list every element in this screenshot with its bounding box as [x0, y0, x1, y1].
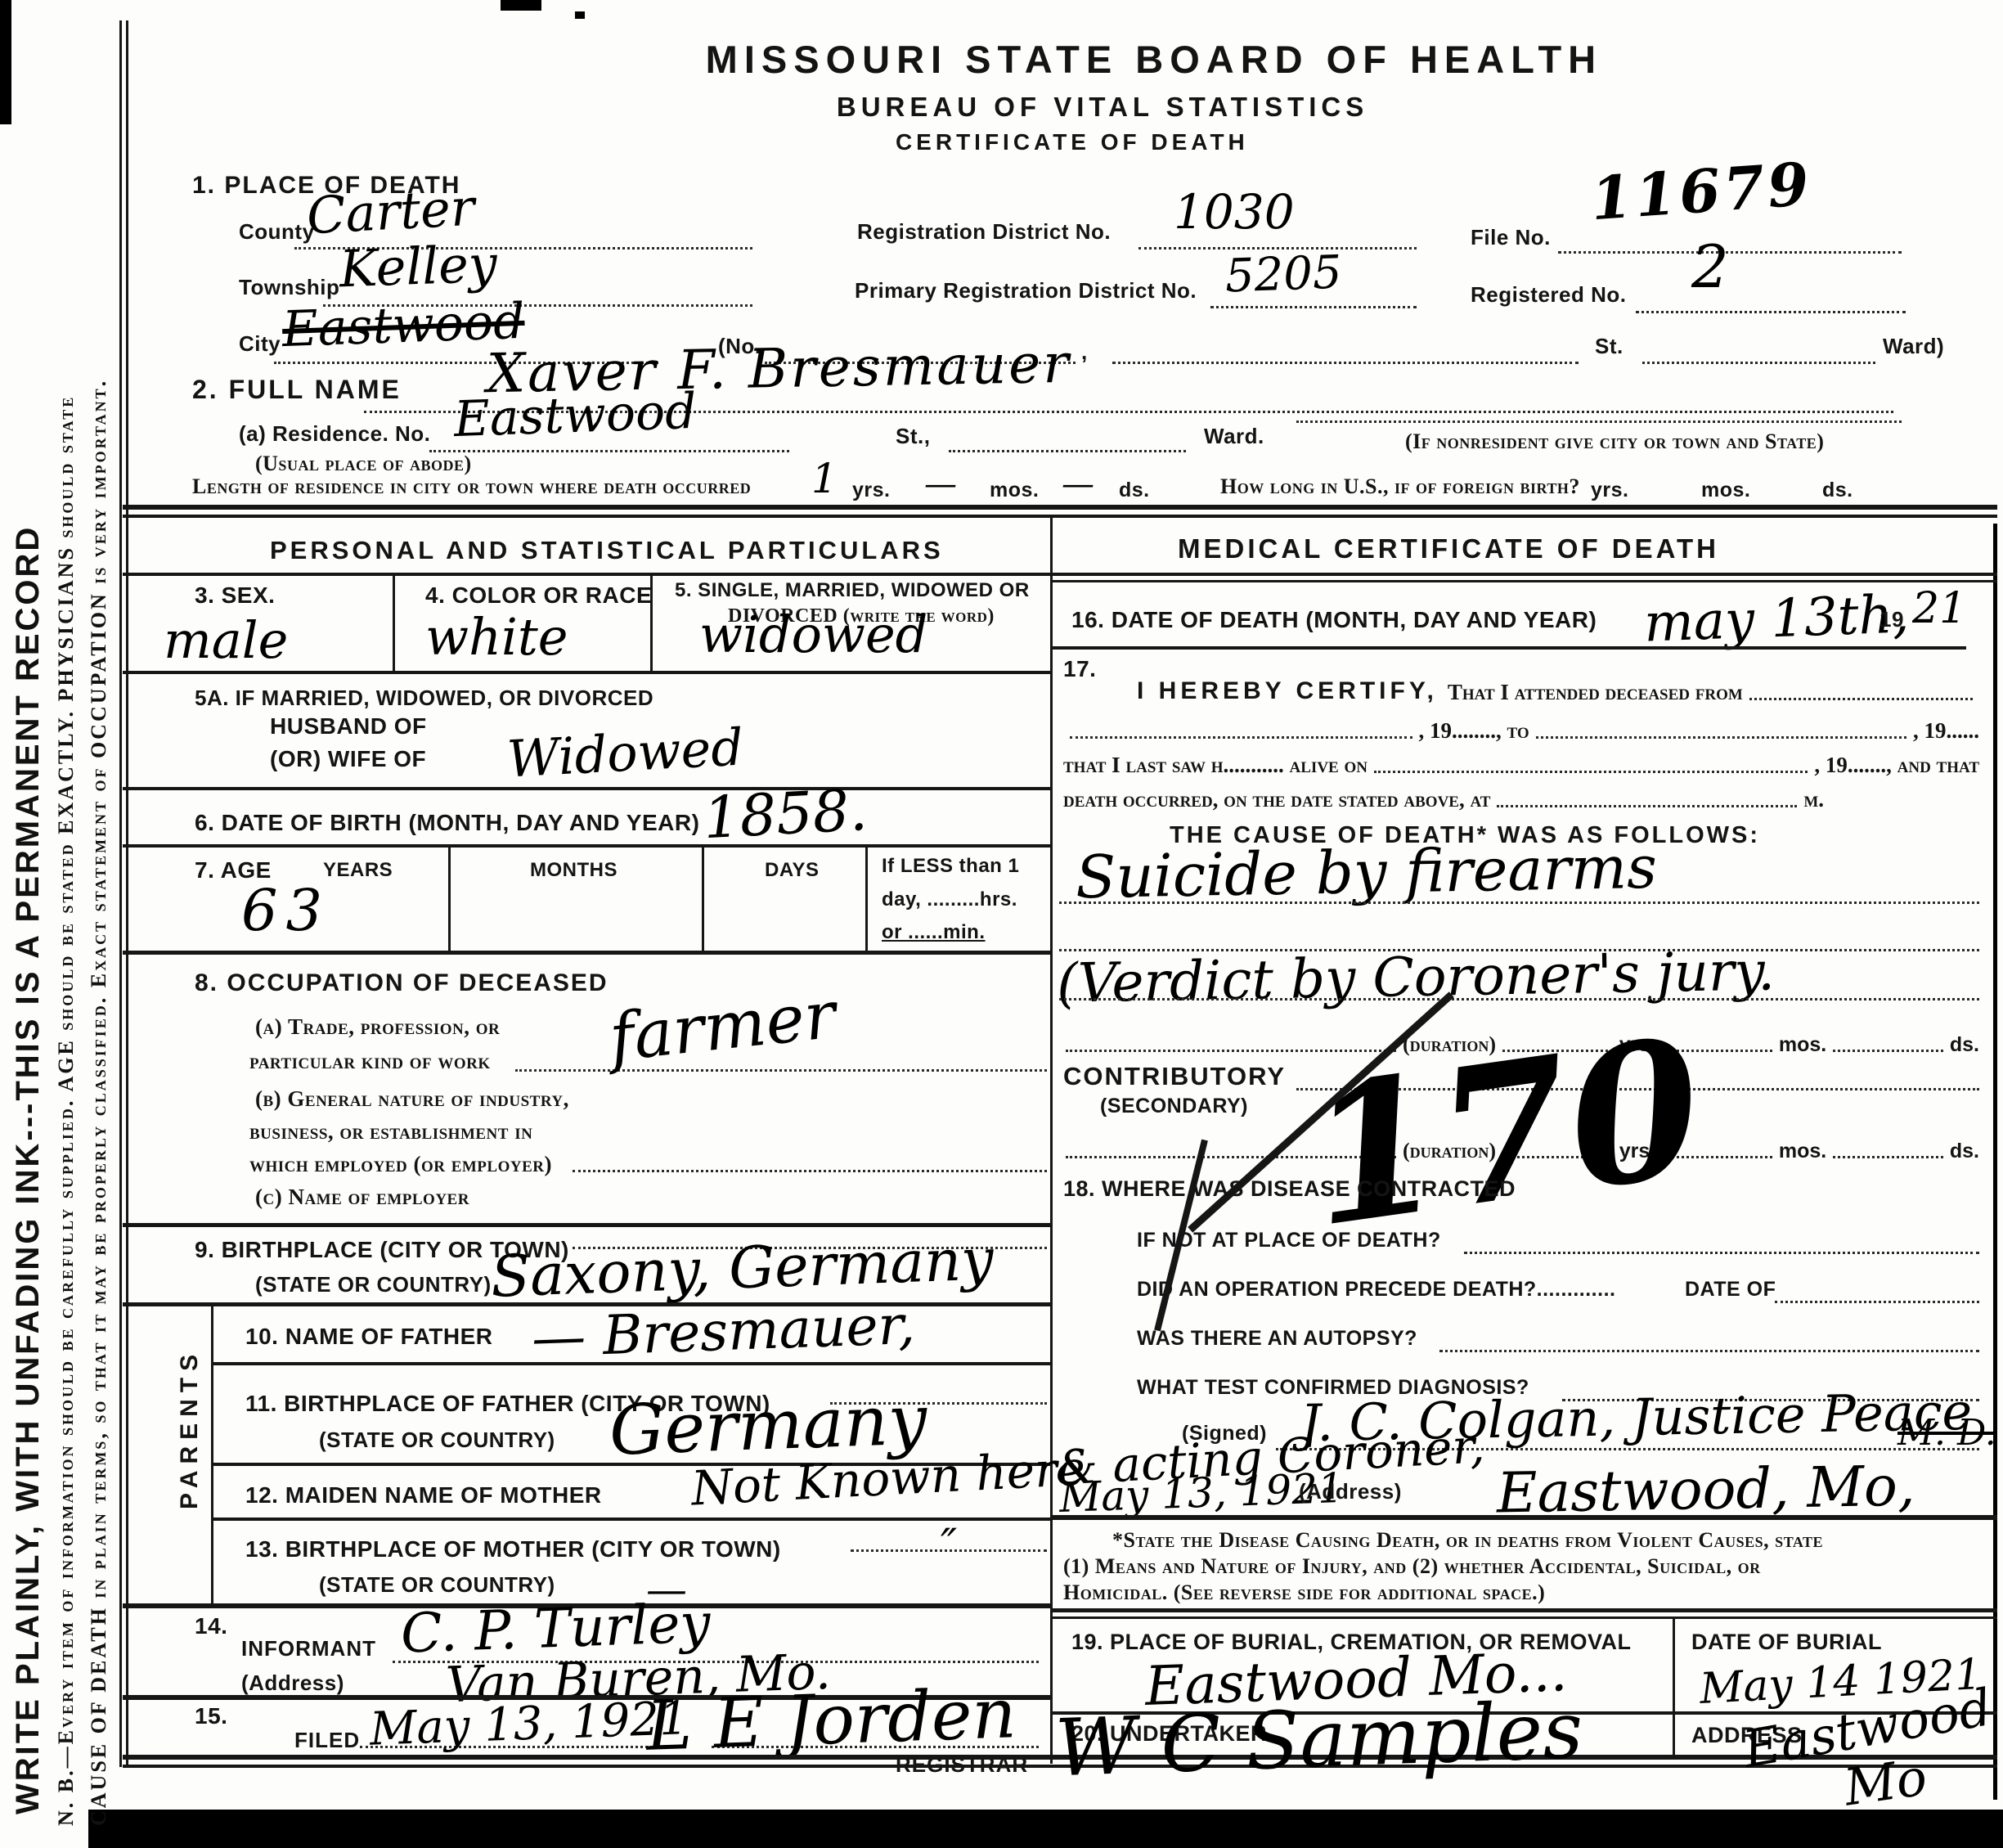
scan-mark-top-left — [0, 0, 11, 124]
length-yrs-value: 1 — [811, 458, 838, 499]
marital-value: widowed — [699, 609, 927, 660]
age-row-rule — [123, 951, 1050, 955]
operation-label: DID AN OPERATION PRECEDE DEATH?.........… — [1137, 1278, 1615, 1302]
burial-top-rule-2 — [1050, 1616, 1997, 1619]
certify-death-occurred: death occurred, on the date stated above… — [1063, 787, 1490, 812]
residence-value: Eastwood — [453, 387, 697, 444]
top-section-rule-2 — [123, 515, 1997, 518]
personal-header-rule — [123, 573, 1050, 576]
age-divider-1 — [448, 844, 451, 951]
sex-value: male — [164, 615, 288, 666]
occupation-a-label-2: particular kind of work — [249, 1049, 491, 1074]
father-birthplace-state-label: (STATE OR COUNTRY) — [319, 1428, 555, 1453]
personal-section-header: PERSONAL AND STATISTICAL PARTICULARS — [270, 536, 944, 565]
full-name-label: 2. FULL NAME — [192, 375, 402, 405]
duration-2-mos: mos. — [1779, 1140, 1826, 1163]
ward-line — [1642, 360, 1875, 364]
autopsy-label: WAS THERE AN AUTOPSY? — [1137, 1327, 1417, 1351]
certify-19-b: , 19...... — [1913, 718, 1979, 744]
township-label: Township — [239, 275, 339, 300]
signed-address-label: (Address) — [1299, 1479, 1402, 1504]
undertaker-address-value-2: Mo — [1841, 1751, 1929, 1813]
married-row-rule — [123, 787, 1050, 790]
us-mos-label: mos. — [1701, 479, 1750, 502]
color-label: 4. COLOR OR RACE — [425, 582, 652, 609]
residence-label: (a) Residence. No. — [239, 421, 430, 447]
nonresident-line — [1296, 419, 1902, 423]
filed-label: FILED — [294, 1728, 360, 1753]
married-widowed-value: Widowed — [506, 722, 745, 785]
occupation-label: 8. OCCUPATION OF DECEASED — [195, 969, 609, 997]
father-rule — [211, 1362, 1050, 1365]
residence-st-label: St., — [896, 424, 930, 449]
mother-rule — [211, 1518, 1050, 1521]
married-widowed-label: 5A. IF MARRIED, WIDOWED, OR DIVORCED — [195, 686, 653, 711]
filed-value: May 13, 1921 — [369, 1696, 689, 1753]
age-divider-2 — [702, 844, 704, 951]
certify-line-3-dots — [1374, 769, 1808, 773]
primary-registration-value: 5205 — [1224, 250, 1342, 300]
age-less-label-1: If LESS than 1 — [882, 855, 1019, 878]
husband-of-label: HUSBAND OF — [270, 713, 427, 740]
scan-mark-top — [501, 0, 541, 11]
occupation-b-label-2: business, or establishment in — [249, 1119, 532, 1144]
father-name-value: — Bresmauer, — [531, 1298, 916, 1365]
document-type: CERTIFICATE OF DEATH — [896, 129, 1249, 155]
medical-header-rule-2 — [1050, 580, 1997, 582]
age-years-label: YEARS — [323, 859, 393, 882]
date-of-death-rule — [1050, 646, 1966, 650]
dob-label: 6. DATE OF BIRTH (MONTH, DAY AND YEAR) — [195, 810, 699, 836]
medical-section-header: MEDICAL CERTIFICATE OF DEATH — [1178, 533, 1719, 564]
certify-m: m. — [1803, 787, 1824, 812]
mother-birthplace-state-label: (STATE OR COUNTRY) — [319, 1572, 555, 1598]
duration-1-mos: mos. — [1779, 1033, 1826, 1057]
column-divider — [1050, 518, 1053, 1764]
sex-row-rule — [123, 671, 1050, 674]
length-mos-value: — — [924, 468, 957, 501]
us-yrs-label: yrs. — [1591, 479, 1628, 502]
age-less-label-3: or ......min. — [882, 921, 986, 944]
parents-label: PARENTS — [176, 1348, 204, 1509]
registration-district-label: Registration District No. — [857, 219, 1111, 245]
length-ds-value: — — [1062, 468, 1094, 501]
signed-address-value: Eastwood, Mo, — [1496, 1459, 1915, 1522]
certify-line-4: death occurred, on the date stated above… — [1063, 787, 1824, 812]
signed-rule — [1050, 1515, 1997, 1520]
certify-line-3: that I last saw h........... alive on , … — [1063, 753, 1979, 778]
margin-instruction-cause: CAUSE OF DEATH in plain terms, so that i… — [87, 379, 111, 1826]
certify-line-4-dots — [1497, 803, 1797, 807]
occupation-a-line — [515, 1068, 1047, 1072]
color-value: white — [425, 612, 568, 663]
occupation-c-label: (c) Name of employer — [255, 1185, 469, 1210]
mother-birthplace-label: 13. BIRTHPLACE OF MOTHER (CITY OR TOWN) — [245, 1536, 781, 1562]
parents-inner-divider — [211, 1302, 213, 1603]
dob-row-rule — [123, 844, 1050, 848]
certify-line-1: I HEREBY CERTIFY, That I attended deceas… — [1137, 677, 1979, 705]
file-no-line — [1558, 250, 1902, 254]
county-value: Carter — [306, 182, 476, 242]
registered-no-value: 2 — [1691, 237, 1729, 296]
where-disease-label: 18. WHERE WAS DISEASE CONTRACTED — [1063, 1176, 1516, 1202]
registrar-signature: L E Jorden — [645, 1679, 1017, 1760]
ink-scrawl-number: 170 — [1297, 1013, 1712, 1254]
certify-19-to: , 19........, to — [1419, 718, 1529, 744]
age-months-label: MONTHS — [530, 859, 618, 882]
birthplace-state-label: (STATE OR COUNTRY) — [255, 1272, 492, 1297]
certify-line-1-dots — [1749, 696, 1973, 700]
if-not-place-label: IF NOT AT PLACE OF DEATH? — [1137, 1229, 1441, 1252]
occupation-rule — [123, 1223, 1050, 1227]
burial-date-label: DATE OF BURIAL — [1691, 1630, 1882, 1655]
sex-label: 3. SEX. — [195, 582, 275, 609]
form-border-left-outer — [119, 20, 122, 1767]
margin-instruction-nb: N. B.—Every item of information should b… — [54, 395, 79, 1826]
occupation-b-label-3: which employed (or employer) — [249, 1152, 552, 1177]
length-mos-label: mos. — [990, 479, 1039, 502]
date-of-death-year-hw: 21 — [1912, 587, 1966, 630]
certify-no: 17. — [1063, 656, 1096, 682]
informant-no: 14. — [195, 1613, 227, 1639]
abode-label: (Usual place of abode) — [255, 452, 472, 476]
form-border-left-inner — [126, 20, 128, 1767]
marital-label-1: 5. SINGLE, MARRIED, WIDOWED OR — [675, 579, 1030, 602]
certify-line-2-dots-b — [1536, 735, 1906, 739]
operation-date-line — [1775, 1299, 1979, 1303]
file-no-label: File No. — [1471, 225, 1551, 250]
top-section-rule-1 — [123, 505, 1997, 510]
if-not-place-line — [1464, 1250, 1979, 1254]
informant-label: INFORMANT — [241, 1636, 376, 1661]
duration-1-ds: ds. — [1950, 1033, 1979, 1057]
length-residence-label: Length of residence in city or town wher… — [192, 474, 751, 499]
township-value: Kelley — [339, 239, 498, 295]
certify-lead: I HEREBY CERTIFY, — [1137, 677, 1438, 705]
nonresident-note: (If nonresident give city or town and St… — [1405, 429, 1824, 454]
certify-and-that: , 19......., and that — [1814, 753, 1979, 778]
age-days-label: DAYS — [765, 859, 819, 882]
mother-name-label: 12. MAIDEN NAME OF MOTHER — [245, 1482, 602, 1509]
city-label: City — [239, 331, 281, 357]
page-title: MISSOURI STATE BOARD OF HEALTH — [706, 37, 1602, 82]
primary-registration-line — [1210, 304, 1417, 308]
occupation-b-line — [573, 1168, 1047, 1172]
scan-mark-top2 — [575, 11, 585, 19]
wife-of-label: (OR) WIFE OF — [270, 746, 426, 772]
residence-no-line — [429, 448, 789, 452]
residence-ward-label: Ward. — [1204, 424, 1264, 449]
length-ds-label: ds. — [1119, 479, 1150, 502]
operation-date-of-label: DATE OF — [1685, 1278, 1776, 1302]
footnote-line-2: (1) Means and Nature of Injury, and (2) … — [1063, 1554, 1761, 1579]
age-divider-3 — [865, 844, 868, 951]
scan-bar-bottom — [88, 1810, 2003, 1848]
father-name-label: 10. NAME OF FATHER — [245, 1324, 493, 1350]
length-yrs-label: yrs. — [852, 479, 890, 502]
date-of-death-value: may 13th, — [1643, 588, 1910, 650]
primary-registration-label: Primary Registration District No. — [855, 278, 1197, 304]
footnote-line-1: *State the Disease Causing Death, or in … — [1112, 1528, 1823, 1553]
margin-instruction-main: WRITE PLAINLY, WITH UNFADING INK---THIS … — [10, 525, 47, 1814]
certify-line-2-dots-a — [1070, 735, 1412, 739]
certify-line-2: , 19........, to , 19...... — [1063, 718, 1979, 744]
duration-2-dots-d — [1833, 1154, 1943, 1158]
occupation-a-label-1: (a) Trade, profession, or — [255, 1014, 500, 1040]
ward-label: Ward) — [1883, 334, 1944, 359]
footnote-line-3: Homicidal. (See reverse side for additio… — [1063, 1580, 1545, 1605]
death-certificate-scan: WRITE PLAINLY, WITH UNFADING INK---THIS … — [0, 0, 2003, 1848]
residence-st-line — [949, 448, 1186, 452]
street-line — [1112, 360, 1579, 364]
sex-color-divider — [393, 573, 395, 671]
mother-birthplace-ditto: ″ — [941, 1523, 957, 1567]
contributory-label: CONTRIBUTORY — [1063, 1062, 1286, 1091]
occupation-a-value: farmer — [607, 982, 839, 1072]
birthplace-value: Saxony, Germany — [490, 1230, 995, 1305]
certify-lead-2: That I attended deceased from — [1448, 680, 1743, 705]
secondary-label: (SECONDARY) — [1100, 1095, 1248, 1118]
file-no-value: 11679 — [1589, 155, 1814, 229]
us-length-label: How long in U.S., if of foreign birth? — [1220, 474, 1580, 499]
county-label: County — [239, 219, 315, 245]
duration-1-dots-d — [1833, 1048, 1943, 1052]
registered-no-label: Registered No. — [1471, 282, 1627, 308]
informant-address-label: (Address) — [241, 1670, 344, 1696]
street-comma: , — [1081, 339, 1088, 365]
undertaker-signature: W C Samples — [1054, 1691, 1584, 1787]
duration-2-ds: ds. — [1950, 1140, 1979, 1163]
burial-column-divider — [1673, 1616, 1675, 1755]
registered-no-line — [1636, 309, 1906, 313]
certify-last-saw: that I last saw h........... alive on — [1063, 753, 1368, 778]
cause-line-1 — [1059, 900, 1979, 904]
dob-value: 1858. — [702, 781, 869, 847]
filed-no: 15. — [195, 1703, 227, 1729]
autopsy-line — [1439, 1348, 1979, 1352]
page-subtitle: BUREAU OF VITAL STATISTICS — [837, 92, 1368, 123]
medical-header-rule-1 — [1050, 573, 1997, 576]
registration-district-value: 1030 — [1174, 188, 1295, 236]
us-ds-label: ds. — [1822, 479, 1853, 502]
signed-md-struck: M. D. — [1897, 1415, 1996, 1451]
burial-top-rule-1 — [1050, 1608, 1997, 1612]
age-less-label-2: day, .........hrs. — [882, 888, 1017, 911]
street-st-label: St. — [1595, 334, 1624, 359]
cause-of-death-value-1: Suicide by firearms — [1075, 838, 1657, 906]
date-of-death-year-printed: 19 — [1879, 607, 1904, 632]
cause-line-3 — [1059, 996, 1979, 1000]
occupation-b-label-1: (b) General nature of industry, — [255, 1086, 569, 1112]
age-value: 63 — [241, 882, 330, 939]
date-of-death-label: 16. DATE OF DEATH (MONTH, DAY AND YEAR) — [1071, 607, 1597, 633]
